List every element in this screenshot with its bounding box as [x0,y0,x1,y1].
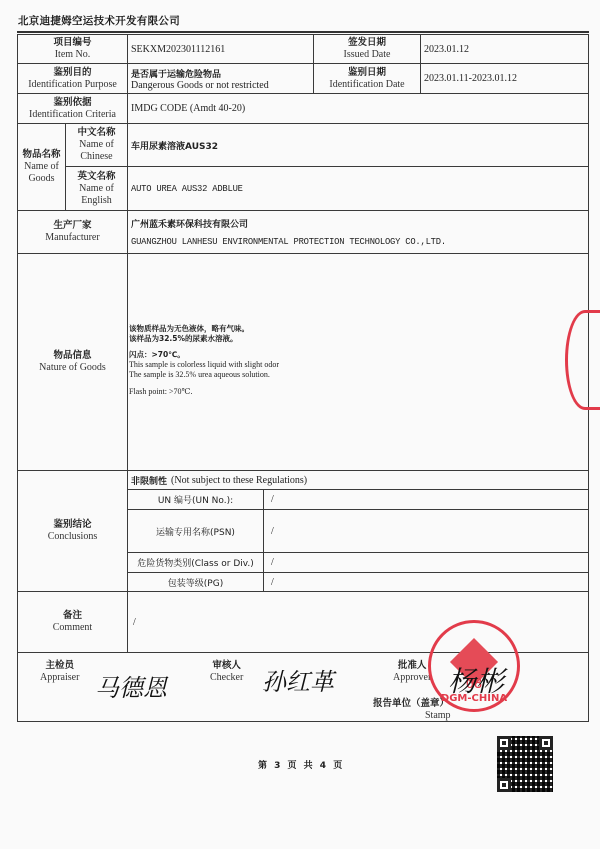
nature-value: 该物质样品为无色液体，略有气味。 该样品为32.5%的尿素水溶液。 闪点：>70… [127,253,589,471]
label-en: Appraiser [40,672,79,684]
value: 2023.01.11-2023.01.12 [424,73,517,84]
label-en: Item No. [55,49,91,61]
label-en: Identification Purpose [28,79,117,91]
label-en: Approver [393,672,431,684]
label-en: Checker [210,672,243,684]
goods-label: 物品名称 Name of Goods [17,123,66,211]
english-name-label: 英文名称 Name of English [65,166,128,211]
label-zh: 备注 [63,610,82,622]
value: / [267,494,274,505]
label-en: Issued Date [344,49,391,61]
label: 危险货物类别(Class or Div.) [137,556,254,569]
value: 车用尿素溶液AUS32 [131,139,218,152]
chinese-name-value: 车用尿素溶液AUS32 [127,123,589,167]
checker-label: 审核人 Checker [210,660,243,684]
label-en: Identification Date [329,79,404,91]
summary-en: (Not subject to these Regulations) [171,475,307,486]
manufacturer-value: 广州蓝禾素环保科技有限公司 GUANGZHOU LANHESU ENVIRONM… [127,210,589,254]
label-en: Name of [79,139,114,151]
pg-value: / [263,572,589,592]
label-zh: 批准人 [393,660,431,672]
page-number: 第 3 页 共 4 页 [258,758,344,771]
qr-code-icon [497,736,553,792]
comment-value: / [127,591,589,653]
label-zh: 鉴别依据 [53,97,91,109]
label: 运输专用名称(PSN) [156,525,235,538]
label-zh: 主检员 [40,660,79,672]
checker-signature: 孙红革 [262,662,334,697]
label-en: Manufacturer [45,232,99,244]
side-stamp-mark [565,310,600,410]
label-zh: 鉴别目的 [53,67,91,79]
label-en: Nature of Goods [39,362,106,374]
class-value: / [263,552,589,573]
label-zh: 鉴别结论 [53,519,91,531]
ident-date-label: 鉴别日期 Identification Date [313,63,421,94]
comment-label: 备注 Comment [17,591,128,653]
issued-date-label: 签发日期 Issued Date [313,34,421,64]
value: / [267,526,274,537]
item-no-label: 项目编号 Item No. [17,34,128,64]
label-en: Stamp [373,710,451,722]
value: SEKXM202301112161 [131,44,225,55]
label-zh: 生产厂家 [53,220,91,232]
value: / [267,577,274,588]
nature-line: Flash point: >70℃. [129,387,588,397]
conclusions-label: 鉴别结论 Conclusions [17,470,128,592]
value-en: GUANGZHOU LANHESU ENVIRONMENTAL PROTECTI… [131,237,446,247]
value-en: Dangerous Goods or not restricted [131,80,269,91]
label-zh: 签发日期 [348,37,386,49]
purpose-label: 鉴别目的 Identification Purpose [17,63,128,94]
psn-label: 运输专用名称(PSN) [127,509,264,553]
nature-line: This sample is colorless liquid with sli… [129,360,588,370]
approver-label: 批准人 Approver [393,660,431,684]
company-header: 北京迪捷姆空运技术开发有限公司 [18,13,180,28]
label-zh: 物品信息 [53,350,91,362]
value: / [267,557,274,568]
value-zh: 广州蓝禾素环保科技有限公司 [131,217,248,230]
chinese-name-label: 中文名称 Name of Chinese [65,123,128,167]
label-zh: 英文名称 [77,171,115,183]
nature-line: The sample is 32.5% urea aqueous solutio… [129,370,588,380]
un-no-value: / [263,489,589,510]
label-en: Goods [28,173,54,185]
pg-label: 包装等级(PG) [127,572,264,592]
label-en: Name of [79,183,114,195]
criteria-label: 鉴别依据 Identification Criteria [17,93,128,124]
label: UN 编号(UN No.): [158,493,233,506]
criteria-value: IMDG CODE (Amdt 40-20) [127,93,589,124]
nature-label: 物品信息 Nature of Goods [17,253,128,471]
english-name-value: AUTO UREA AUS32 ADBLUE [127,166,589,211]
un-no-label: UN 编号(UN No.): [127,489,264,510]
value: IMDG CODE (Amdt 40-20) [131,103,245,114]
label-en: English [81,195,112,207]
ident-date-value: 2023.01.11-2023.01.12 [420,63,589,94]
header-rule [17,31,589,33]
manufacturer-label: 生产厂家 Manufacturer [17,210,128,254]
summary-zh: 非限制性 [131,474,167,487]
value: / [131,617,136,628]
nature-line: 闪点：>70℃。 [129,350,588,360]
label-en: Identification Criteria [29,109,116,121]
label-zh: 物品名称 [22,149,60,161]
issued-date-value: 2023.01.12 [420,34,589,64]
label-en: Conclusions [48,531,97,543]
item-no-value: SEKXM202301112161 [127,34,314,64]
appraiser-signature: 马德恩 [95,668,167,703]
appraiser-label: 主检员 Appraiser [40,660,79,684]
conclusions-summary: 非限制性 (Not subject to these Regulations) [127,470,589,490]
label-en: Chinese [80,151,112,163]
label-zh: 鉴别日期 [348,67,386,79]
label-zh: 项目编号 [53,37,91,49]
label-en: Comment [53,622,92,634]
label: 包装等级(PG) [168,576,223,589]
psn-value: / [263,509,589,553]
purpose-value: 是否属于运输危险物品 Dangerous Goods or not restri… [127,63,314,94]
nature-line: 该物质样品为无色液体，略有气味。 [129,324,588,334]
value: AUTO UREA AUS32 ADBLUE [131,184,243,194]
approver-signature: 杨彬 [448,660,504,700]
value: 2023.01.12 [424,44,469,55]
value-zh: 是否属于运输危险物品 [131,67,221,80]
label-zh: 中文名称 [77,127,115,139]
label-en: Name of [24,161,59,173]
label-zh: 审核人 [210,660,243,672]
class-label: 危险货物类别(Class or Div.) [127,552,264,573]
nature-line: 该样品为32.5%的尿素水溶液。 [129,334,588,344]
